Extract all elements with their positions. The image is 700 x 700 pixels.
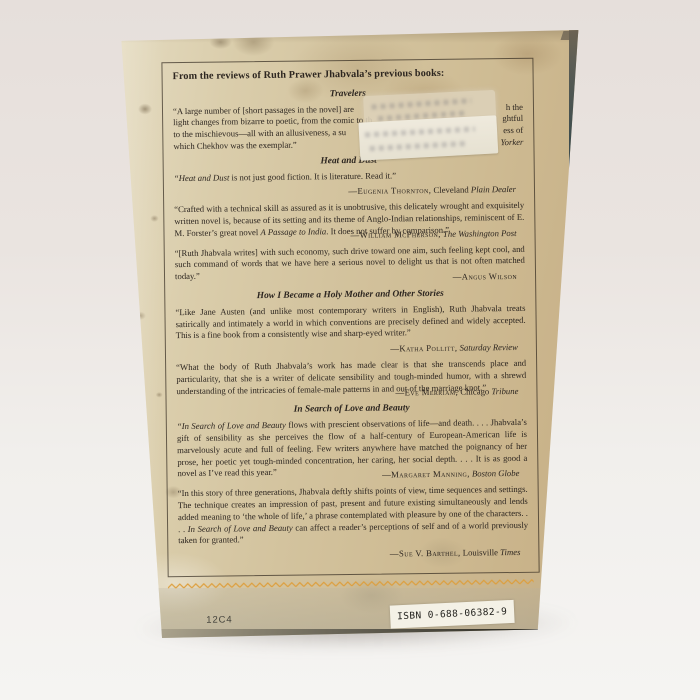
quote-fragment: h the [506,101,523,113]
price-sticker [358,115,498,160]
quote-pollitt: “Like Jane Austen (and unlike most conte… [175,303,525,343]
section-title-heat-and-dust: Heat and Dust [174,154,524,170]
publication-name: Times [500,547,520,557]
quote-fragment: ess of [503,125,523,137]
publication-name: Boston Globe [472,468,520,479]
reviewer-name: —Margaret Manning, [382,469,470,480]
reviewer-name: —Eve Merriam, [395,386,458,397]
quote-fragment: ghtful [502,113,523,125]
quote-text: is not just good fiction. It is literatu… [229,170,396,182]
attribution-city: Cleveland [431,185,471,195]
printer-code: 12C4 [206,614,232,625]
publication-name: Saturday Review [460,342,518,353]
reviews-intro: From the reviews of Ruth Prawer Jhabvala… [173,67,523,83]
isbn-label: ISBN 0-688-06382-9 [390,600,515,629]
quote-text: “Like Jane Austen (and unlike most conte… [175,303,525,341]
section-title-in-search: In Search of Love and Beauty [177,402,527,418]
attribution-city: Chicago [458,386,491,396]
reviewer-name: —Katha Pollitt, [390,343,457,354]
quote-thornton: “Heat and Dust is not just good fiction.… [174,168,524,184]
zigzag-divider [168,579,534,589]
section-title-holy-mother: How I Became a Holy Mother and Other Sto… [175,288,525,304]
attribution-pollitt: —Katha Pollitt, Saturday Review [176,342,526,358]
publication-name: Plain Dealer [471,184,516,195]
attribution-thornton: —Eugenia Thornton, Cleveland Plain Deale… [174,184,524,200]
quote-italic: “In Search of Love and Beauty [177,420,286,431]
reviewer-name: —Sue V. Barthel, [390,548,461,559]
jacket-content: From the reviews of Ruth Prawer Jhabvala… [109,27,588,641]
quote-italic: A Passage to India [260,226,326,237]
ghost-smudge [365,126,475,137]
quote-italic: In Search of Love and Beauty [188,522,293,533]
quote-italic: “Heat and Dust [174,172,230,183]
quote-fragment: to the mischievous—all with an allusiven… [173,127,346,141]
publication-name: Tribune [491,385,518,395]
photo-background: From the reviews of Ruth Prawer Jhabvala… [0,0,700,700]
reviewer-name: —William McPherson, [350,229,441,240]
attribution-city: Louisville [461,547,501,557]
ghost-smudge [371,98,471,109]
ghost-smudge [370,141,465,151]
publication-name: The Washington Post [443,228,517,239]
publication-fragment: Yorker [500,137,523,149]
quote-barthel: “In this story of three generations, Jha… [178,484,529,547]
book-back-cover: From the reviews of Ruth Prawer Jhabvala… [112,30,584,638]
reviewer-name: —Angus Wilson [453,271,518,282]
quote-fragment: which Chekhov was the exemplar.” [173,140,296,153]
reviewer-name: —Eugenia Thornton, [348,185,431,196]
isbn-text: ISBN 0-688-06382-9 [397,606,508,622]
attribution-barthel: —Sue V. Barthel, Louisville Times [178,547,528,563]
